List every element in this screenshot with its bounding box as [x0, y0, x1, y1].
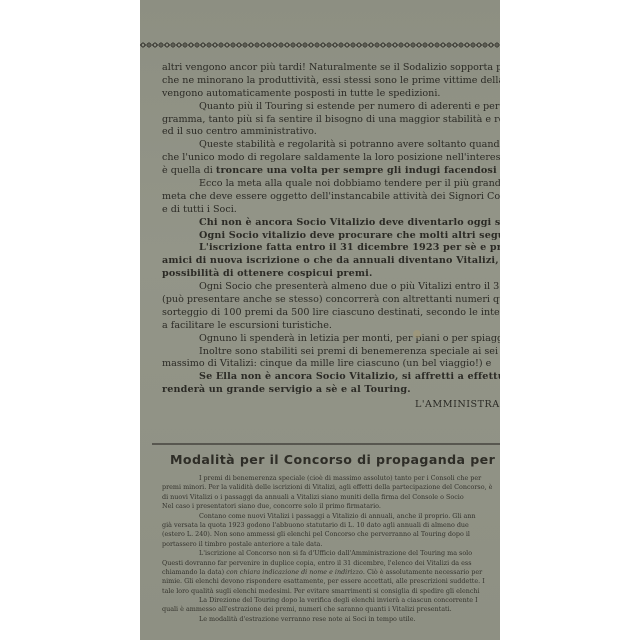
section-text-line: di nuovi Vitalizi o i passaggi da annual… [162, 493, 500, 502]
section-text-line: Contano come nuovi Vitalizi i passaggi a… [162, 512, 500, 521]
bold-text-segment: troncare una volta per sempre gli indugi… [216, 165, 500, 176]
section-text-line: premi minori. Per la validità delle iscr… [162, 483, 500, 492]
section-text-line: Le modalità d'estrazione verranno rese n… [162, 615, 500, 624]
text-line: e di tutti i Soci. [162, 204, 500, 217]
main-text-block: altri vengono ancor più tardi! Naturalme… [162, 62, 500, 412]
text-line: amici di nuova iscrizione o che da annua… [162, 255, 500, 268]
text-line: a facilitare le escursioni turistiche. [162, 320, 500, 333]
text-line: Quanto più il Touring si estende per num… [162, 101, 500, 114]
text-line: vengono automaticamente posposti in tutt… [162, 88, 500, 101]
signature: L'AMMINISTRAZI [162, 399, 500, 412]
section-text-line: (estero L. 240). Non sono ammessi gli el… [162, 530, 500, 539]
text-line: gramma, tanto più si fa sentire il bisog… [162, 114, 500, 127]
text-line: è quella di troncare una volta per sempr… [162, 165, 500, 178]
section-text-line: L'iscrizione al Concorso non si fa d'Uff… [162, 549, 500, 558]
section-text-line: Nel caso i presentatori siano due, conco… [162, 502, 500, 511]
text-line: massimo di Vitalizi: cinque da mille lir… [162, 358, 500, 371]
text-line: Ogni Socio vitalizio deve procurare che … [162, 230, 500, 243]
text-line: possibilità di ottenere cospicui premi. [162, 268, 500, 281]
paper-stain [413, 330, 421, 338]
text-line: che l'unico modo di regolare saldamente … [162, 152, 500, 165]
text-line: Inoltre sono stabiliti sei premi di bene… [162, 346, 500, 359]
text-line: Ecco la meta alla quale noi dobbiamo ten… [162, 178, 500, 191]
section-text-line: tale loro qualità sugli elenchi medesimi… [162, 587, 500, 596]
text-segment: . Ciò è assolutamente necessario per [363, 568, 482, 576]
text-line: Queste stabilità e regolarità si potrann… [162, 139, 500, 152]
decorative-chain-border [140, 42, 500, 48]
text-line: sorteggio di 100 premi da 500 lire ciasc… [162, 307, 500, 320]
text-line: (può presentare anche se stesso) concorr… [162, 294, 500, 307]
text-line: renderà un grande servigio a sè e al Tou… [162, 384, 500, 397]
section-text-line: La Direzione del Touring dopo la verific… [162, 596, 500, 605]
section-text-line: Questi dovranno far pervenire in duplice… [162, 559, 500, 568]
section-body-text: I premi di benemerenza speciale (cioè di… [162, 474, 500, 624]
scanned-page: altri vengono ancor più tardi! Naturalme… [140, 0, 500, 640]
section-text-line: già versata la quota 1923 godono l'abbuo… [162, 521, 500, 530]
text-line: altri vengono ancor più tardi! Naturalme… [162, 62, 500, 75]
section-text-line: nimie. Gli elenchi devono rispondere esa… [162, 577, 500, 586]
section-title: Modalità per il Concorso di propaganda p… [170, 452, 500, 467]
text-line: Se Ella non è ancora Socio Vitalizio, si… [162, 371, 500, 384]
section-text-line: quali è ammesso all'estrazione dei premi… [162, 605, 500, 614]
text-line: Chi non è ancora Socio Vitalizio deve di… [162, 217, 500, 230]
text-line: che ne minorano la produttività, essi st… [162, 75, 500, 88]
section-text-line: portassero il timbro postale anteriore a… [162, 540, 500, 549]
text-line: ed il suo centro amministrativo. [162, 126, 500, 139]
text-line: Ogni Socio che presenterà almeno due o p… [162, 281, 500, 294]
text-line: Ognuno li spenderà in letizia per monti,… [162, 333, 500, 346]
italic-text-segment: con chiara indicazione di nome e indiriz… [226, 568, 363, 576]
text-segment: è quella di [162, 165, 216, 176]
section-text-line: I premi di benemerenza speciale (cioè di… [162, 474, 500, 483]
text-line: meta che deve essere oggetto dell'instan… [162, 191, 500, 204]
section-divider-rule [152, 443, 500, 445]
text-segment: chiamando la data) [162, 568, 226, 576]
text-line: L'iscrizione fatta entro il 31 dicembre … [162, 242, 500, 255]
section-text-line: chiamando la data) con chiara indicazion… [162, 568, 500, 577]
